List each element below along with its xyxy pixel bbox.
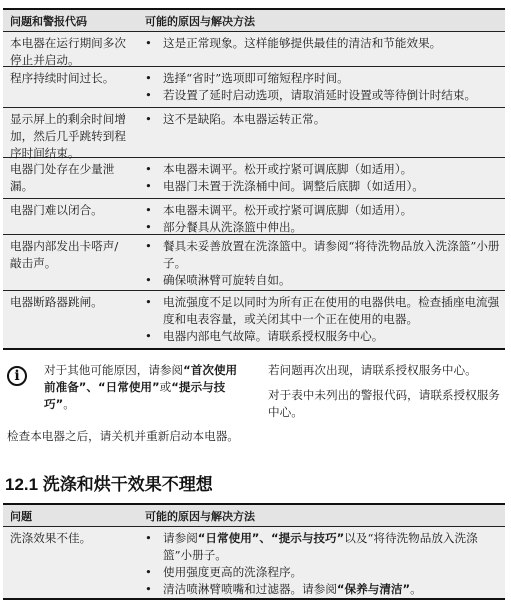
info-note: 对于其他可能原因，请参阅“首次使用前准备”、“日常使用”或“提示与技巧”。	[44, 362, 244, 413]
solution-cell: •本电器未调平。松开或拧紧可调底脚（如适用）。•电器门未置于洗涤桶中间。调整后底…	[133, 158, 505, 198]
bullet-icon: •	[133, 178, 163, 195]
right-note-2: 对于表中未列出的警报代码，请联系授权服务中心。	[268, 387, 508, 421]
bullet-item: •请参阅“日常使用”、“提示与技巧”以及“将待洗物品放入洗涤篮”小册子。	[133, 530, 501, 564]
table-row: 电器内部发出卡嗒声/敲击声。•餐具未妥善放置在洗涤篮中。请参阅“将待洗物品放入洗…	[3, 234, 505, 290]
table-row: 电器断路器跳闸。•电流强度不足以同时为所有正在使用的电器供电。检查插座电流强度和…	[3, 290, 505, 348]
header-solution: 可能的原因与解决方法	[133, 10, 505, 31]
problem-cell: 显示屏上的剩余时间增加，然后几乎跳转到程序时间结束。	[3, 108, 133, 157]
bullet-icon: •	[133, 87, 163, 104]
header-problem: 问题和警报代码	[3, 10, 133, 31]
problem-cell: 程序持续时间过长。	[3, 67, 133, 107]
bullet-item: •确保喷淋臂可旋转自如。	[133, 272, 501, 289]
bullet-item: •本电器未调平。松开或拧紧可调底脚（如适用）。	[133, 202, 501, 219]
bullet-item: •电器内部电气故障。请联系授权服务中心。	[133, 328, 501, 345]
bullet-item: •电流强度不足以同时为所有正在使用的电器供电。检查插座电流强度和电表容量，或关闭…	[133, 294, 501, 328]
bullet-item: •若设置了延时启动选项，请取消延时设置或等待倒计时结束。	[133, 87, 501, 104]
link-tips[interactable]: “提示与技巧”	[271, 531, 344, 545]
restart-note: 检查本电器之后，请关机并重新启动本电器。	[7, 428, 242, 445]
solution-cell: •这是正常现象。这样能够提供最佳的清洁和节能效果。	[133, 32, 505, 66]
bullet-icon: •	[133, 328, 163, 345]
table-header: 问题和警报代码 可能的原因与解决方法	[3, 10, 505, 31]
problem-cell: 电器断路器跳闸。	[3, 291, 133, 348]
info-icon: i	[7, 366, 27, 386]
solution-cell: •这不是缺陷。本电器运转正常。	[133, 108, 505, 157]
solution-cell: •请参阅“日常使用”、“提示与技巧”以及“将待洗物品放入洗涤篮”小册子。 •使用…	[133, 527, 505, 598]
bullet-item: •部分餐具从洗涤篮中伸出。	[133, 219, 501, 236]
bullet-item: •电器门未置于洗涤桶中间。调整后底脚（如适用）。	[133, 178, 501, 195]
section-title: 12.1 洗涤和烘干效果不理想	[5, 470, 213, 495]
bullet-icon: •	[133, 70, 163, 87]
table-header: 问题 可能的原因与解决方法	[3, 505, 505, 526]
bullet-icon: •	[133, 219, 163, 236]
bullet-item: •清洁喷淋臂喷嘴和过滤器。请参阅“保养与清洁”。	[133, 581, 501, 598]
header-solution: 可能的原因与解决方法	[133, 505, 505, 526]
solution-cell: •选择“省时”选项即可缩短程序时间。•若设置了延时启动选项，请取消延时设置或等待…	[133, 67, 505, 107]
bullet-icon: •	[133, 272, 163, 289]
table-row: 电器门难以闭合。•本电器未调平。松开或拧紧可调底脚（如适用）。•部分餐具从洗涤篮…	[3, 198, 505, 234]
troubleshooting-table: 问题和警报代码 可能的原因与解决方法 本电器在运行期间多次停止并启动。•这是正常…	[3, 8, 505, 350]
link-care-cleaning[interactable]: “保养与清洁”	[337, 582, 410, 596]
table-row: 电器门处存在少量泄漏。•本电器未调平。松开或拧紧可调底脚（如适用）。•电器门未置…	[3, 157, 505, 198]
table-row: 洗涤效果不佳。 •请参阅“日常使用”、“提示与技巧”以及“将待洗物品放入洗涤篮”…	[3, 526, 505, 598]
bullet-item: •使用强度更高的洗涤程序。	[133, 564, 501, 581]
bullet-item: •选择“省时”选项即可缩短程序时间。	[133, 70, 501, 87]
solution-cell: •本电器未调平。松开或拧紧可调底脚（如适用）。•部分餐具从洗涤篮中伸出。	[133, 199, 505, 234]
table-row: 本电器在运行期间多次停止并启动。•这是正常现象。这样能够提供最佳的清洁和节能效果…	[3, 31, 505, 66]
wash-results-table: 问题 可能的原因与解决方法 洗涤效果不佳。 •请参阅“日常使用”、“提示与技巧”…	[3, 503, 505, 600]
bullet-icon: •	[133, 111, 163, 128]
table-row: 显示屏上的剩余时间增加，然后几乎跳转到程序时间结束。•这不是缺陷。本电器运转正常…	[3, 107, 505, 157]
solution-cell: •餐具未妥善放置在洗涤篮中。请参阅“将待洗物品放入洗涤篮”小册子。•确保喷淋臂可…	[133, 235, 505, 290]
bullet-icon: •	[133, 161, 163, 178]
problem-cell: 洗涤效果不佳。	[3, 527, 133, 598]
problem-cell: 电器门难以闭合。	[3, 199, 133, 234]
bullet-icon: •	[133, 202, 163, 219]
bullet-icon: •	[133, 35, 163, 52]
bullet-item: •本电器未调平。松开或拧紧可调底脚（如适用）。	[133, 161, 501, 178]
table-row: 程序持续时间过长。•选择“省时”选项即可缩短程序时间。•若设置了延时启动选项，请…	[3, 66, 505, 107]
link-daily-use[interactable]: “日常使用”	[198, 531, 260, 545]
right-note-1: 若问题再次出现，请联系授权服务中心。	[268, 362, 508, 379]
problem-cell: 电器门处存在少量泄漏。	[3, 158, 133, 198]
bullet-item: •餐具未妥善放置在洗涤篮中。请参阅“将待洗物品放入洗涤篮”小册子。	[133, 238, 501, 272]
bullet-icon: •	[133, 294, 163, 328]
bullet-item: •这不是缺陷。本电器运转正常。	[133, 111, 501, 128]
problem-cell: 本电器在运行期间多次停止并启动。	[3, 32, 133, 66]
link-daily-use[interactable]: “日常使用”	[98, 380, 160, 394]
bullet-item: •这是正常现象。这样能够提供最佳的清洁和节能效果。	[133, 35, 501, 52]
bullet-icon: •	[133, 238, 163, 272]
problem-cell: 电器内部发出卡嗒声/敲击声。	[3, 235, 133, 290]
solution-cell: •电流强度不足以同时为所有正在使用的电器供电。检查插座电流强度和电表容量，或关闭…	[133, 291, 505, 348]
header-problem: 问题	[3, 505, 133, 526]
